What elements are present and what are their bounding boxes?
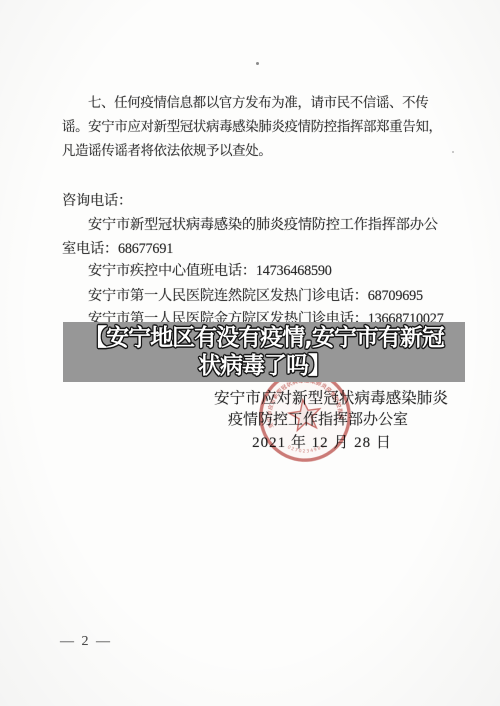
paragraph-line: 凡造谣传谣者将依法依规予以查处。 [62, 140, 271, 159]
hq-office-phone-number: 室电话：68677691 [62, 238, 173, 258]
caption-line2: 状病毒了吗】 [198, 352, 330, 380]
scan-speck [452, 151, 454, 153]
cdc-duty-phone-line: 安宁市疾控中心值班电话：14736468590 [88, 260, 332, 280]
consult-phone-label: 咨询电话： [62, 190, 132, 210]
paragraph-line: 七、任何疫情信息都以官方发布为准，请市民不信谣、不传 [88, 92, 428, 111]
hq-office-phone-line: 安宁市新型冠状病毒感染的肺炎疫情防控工作指挥部办公 [88, 214, 438, 234]
scanned-document-page: 七、任何疫情信息都以官方发布为准，请市民不信谣、不传 谣。安宁市应对新型冠状病毒… [0, 0, 500, 706]
paragraph-line: 谣。安宁市应对新型冠状病毒感染肺炎疫情防控指挥部郑重告知， [62, 116, 442, 135]
scan-speck [256, 62, 259, 65]
caption-overlay-band: 【安宁地区有没有疫情,安宁市有新冠 状病毒了吗】 [63, 322, 465, 382]
hospital-lianran-phone-line: 安宁市第一人民医院连然院区发热门诊电话：68709695 [88, 285, 423, 305]
page-number: — 2 — [60, 634, 112, 650]
caption-line1: 【安宁地区有没有疫情,安宁市有新冠 [84, 324, 444, 352]
